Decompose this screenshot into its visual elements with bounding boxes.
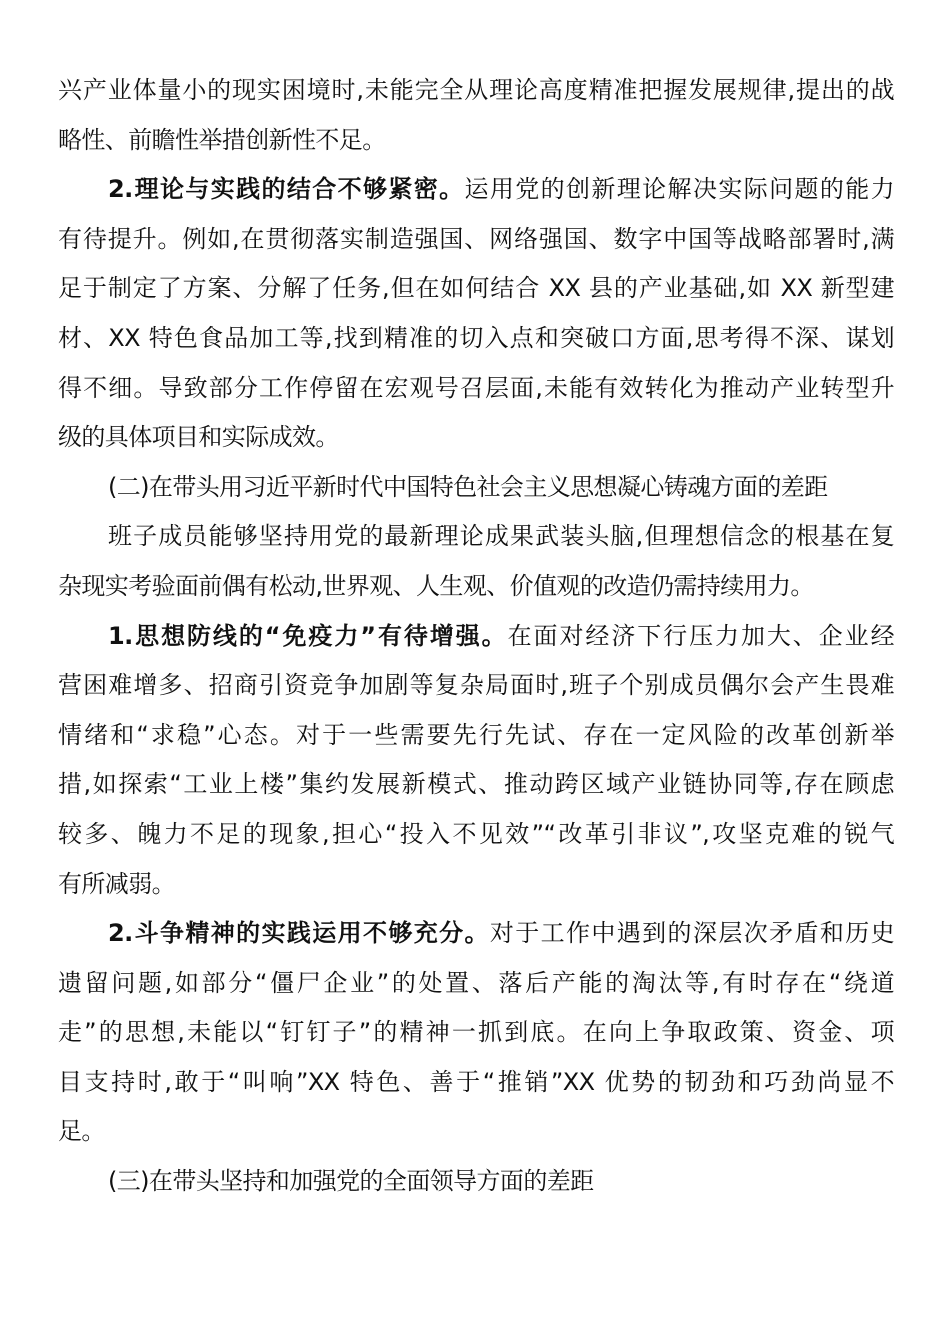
text-line: 级的具体项目和实际成效。 [58, 413, 894, 463]
text-line: 杂现实考验面前偶有松动,世界观、人生观、价值观的改造仍需持续用力。 [58, 562, 894, 612]
text-line: 有所减弱。 [58, 860, 894, 910]
bold-lead: 2.斗争精神的实践运用不够充分。 [108, 919, 490, 947]
bold-lead: 2.理论与实践的结合不够紧密。 [108, 175, 465, 203]
text-line: 营困难增多、招商引资竞争加剧等复杂局面时,班子个别成员偶尔会产生畏难 [58, 661, 894, 711]
document-page: 兴产业体量小的现实困境时,未能完全从理论高度精准把握发展规律,提出的战 略性、前… [58, 66, 894, 1207]
text-line: 较多、魄力不足的现象,担心“投入不见效”“改革引非议”,攻坚克难的锐气 [58, 810, 894, 860]
text-line: 班子成员能够坚持用党的最新理论成果武装头脑,但理想信念的根基在复 [58, 512, 894, 562]
text-line: 情绪和“求稳”心态。对于一些需要先行先试、存在一定风险的改革创新举 [58, 711, 894, 761]
text-line: 目支持时,敢于“叫响”XX 特色、善于“推销”XX 优势的韧劲和巧劲尚显不 [58, 1058, 894, 1108]
text-line: 措,如探索“工业上楼”集约发展新模式、推动跨区域产业链协同等,存在顾虑 [58, 760, 894, 810]
subsection-heading-2-struggle: 2.斗争精神的实践运用不够充分。对于工作中遇到的深层次矛盾和历史 [58, 909, 894, 959]
text-line: 有待提升。例如,在贯彻落实制造强国、网络强国、数字中国等战略部署时,满 [58, 215, 894, 265]
text-line: 遗留问题,如部分“僵尸企业”的处置、落后产能的淘汰等,有时存在“绕道 [58, 959, 894, 1009]
text-line: 走”的思想,未能以“钉钉子”的精神一抓到底。在向上争取政策、资金、项 [58, 1008, 894, 1058]
section-heading-2: (二)在带头用习近平新时代中国特色社会主义思想凝心铸魂方面的差距 [58, 463, 894, 513]
text-line: 得不细。导致部分工作停留在宏观号召层面,未能有效转化为推动产业转型升 [58, 364, 894, 414]
section-heading-3: (三)在带头坚持和加强党的全面领导方面的差距 [58, 1157, 894, 1207]
text-line: 兴产业体量小的现实困境时,未能完全从理论高度精准把握发展规律,提出的战 [58, 66, 894, 116]
subsection-heading-1-immunity: 1.思想防线的“免疫力”有待增强。在面对经济下行压力加大、企业经 [58, 612, 894, 662]
text-line: 足于制定了方案、分解了任务,但在如何结合 XX 县的产业基础,如 XX 新型建 [58, 264, 894, 314]
text-line: 略性、前瞻性举措创新性不足。 [58, 116, 894, 166]
text-line: 材、XX 特色食品加工等,找到精准的切入点和突破口方面,思考得不深、谋划 [58, 314, 894, 364]
text-line: 足。 [58, 1107, 894, 1157]
bold-lead: 1.思想防线的“免疫力”有待增强。 [108, 622, 508, 650]
subsection-heading-2-theory-practice: 2.理论与实践的结合不够紧密。运用党的创新理论解决实际问题的能力 [58, 165, 894, 215]
